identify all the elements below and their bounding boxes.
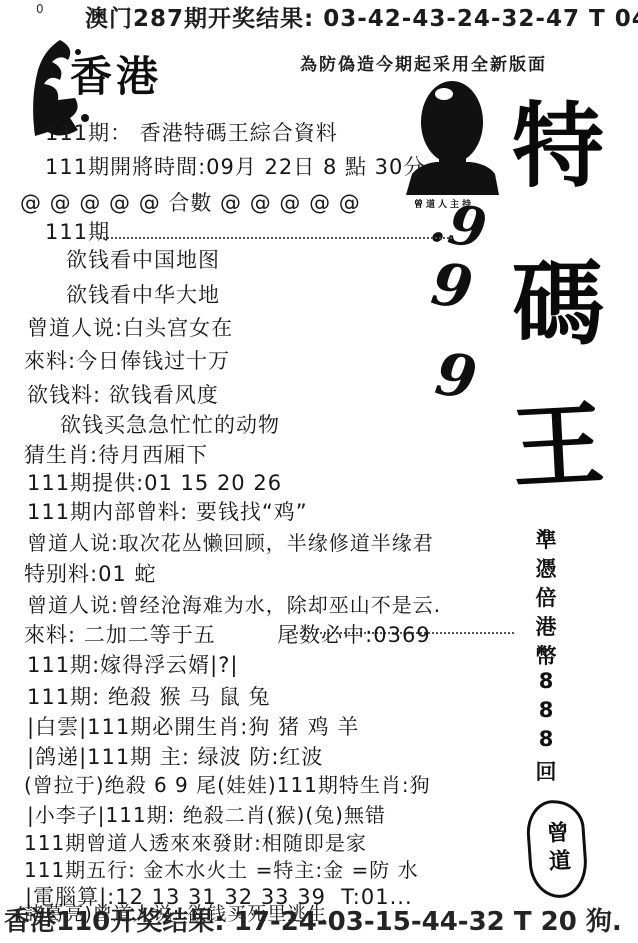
body-line: |小李子|111期: 绝殺二肖(猴)(兔)無错 bbox=[27, 799, 386, 828]
body-line: 111期五行: 金木水火土 =特主:金 =防 水 bbox=[24, 854, 419, 883]
body-line: 來料: 二加二等于五 尾数必中:0369 bbox=[24, 619, 431, 649]
masthead-title-char: 碼 bbox=[508, 258, 608, 350]
body-line: 111期曾道人透來來發財:相随即是家 bbox=[24, 827, 367, 856]
hongkong-result-headline: 香港110开奖结果: 17-24-03-15-44-32 T 20 狗. bbox=[4, 901, 622, 938]
masthead-title-char: 特 bbox=[508, 100, 608, 192]
anti-forgery-slogan: 為防偽造今期起采用全新版面 bbox=[300, 50, 547, 75]
body-line: 猜生肖:待月西厢下 bbox=[24, 439, 208, 469]
body-line: 111期 bbox=[45, 216, 110, 246]
zengdao-seal: 曾道 bbox=[525, 798, 590, 900]
body-line: 曾道人说:白头宫女在 bbox=[27, 312, 233, 342]
side-column-char: 港 bbox=[529, 611, 563, 641]
dotted-divider bbox=[100, 237, 452, 239]
logo-hongkong: 香港 bbox=[70, 44, 162, 104]
body-line: 欲钱料: 欲钱看风度 bbox=[27, 379, 219, 409]
side-column-char: 倍 bbox=[529, 582, 563, 612]
decorative-nine: 9 bbox=[431, 340, 480, 413]
side-column-char: 準 bbox=[529, 524, 563, 554]
side-column-char: 8 bbox=[529, 698, 563, 722]
body-line: 欲钱买急急忙忙的动物 bbox=[60, 409, 280, 439]
body-line: 特别料:01 蛇 bbox=[24, 558, 156, 588]
body-line: 111期開將時間:09月 22日 8 點 30分 bbox=[45, 151, 425, 181]
macau-result-headline: 澳门287期开奖结果: 03-42-43-24-32-47 T 04 虎 bbox=[85, 0, 638, 33]
side-column-char: 憑 bbox=[529, 553, 563, 583]
seal-text: 曾道 bbox=[540, 820, 575, 878]
zengdaoren-portrait bbox=[400, 80, 500, 199]
body-line: 111期: 绝殺 猴 马 鼠 兔 bbox=[27, 681, 271, 711]
body-line: 曾道人说:曾经沧海难为水，除却巫山不是云. bbox=[27, 589, 441, 618]
decorative-nine: 9 bbox=[427, 250, 476, 323]
body-line: (曾拉于)绝殺 6 9 尾(娃娃)111期特生肖:狗 bbox=[24, 769, 431, 798]
side-column-char: 幣 bbox=[529, 640, 563, 670]
body-line: 欲钱看中国地图 bbox=[66, 244, 220, 274]
body-line: |鸽递|111期 主: 绿波 防:红波 bbox=[27, 741, 323, 771]
masthead-title-char: 王 bbox=[506, 397, 611, 494]
body-line: |白雲|111期必開生肖:狗 猪 鸡 羊 bbox=[27, 711, 359, 741]
body-line: 欲钱看中华大地 bbox=[66, 279, 220, 309]
side-column-char: 8 bbox=[529, 669, 563, 693]
body-line: 曾道人说:取次花丛懒回顾，半缘修道半缘君 bbox=[27, 527, 434, 556]
body-line: @ @ @ @ @ 合數 @ @ @ @ @ bbox=[20, 187, 361, 217]
body-line: 來料:今日俸钱过十万 bbox=[24, 345, 230, 375]
body-line: 111期提供:01 15 20 26 bbox=[27, 467, 282, 497]
body-line: 111期内部曾料: 要钱找“鸡” bbox=[27, 496, 308, 526]
corner-mark: 0 bbox=[36, 2, 44, 16]
side-column-char: 8 bbox=[529, 727, 563, 751]
decorative-nine: .9 bbox=[426, 189, 491, 260]
side-column-char: 回 bbox=[529, 756, 563, 786]
tip-sheet-page: 0 澳门287期开奖结果: 03-42-43-24-32-47 T 04 虎 香… bbox=[0, 0, 638, 943]
body-line: 111期： 香港特碼王綜合資料 bbox=[45, 117, 338, 147]
body-line: 111期:嫁得浮云婿|?| bbox=[27, 649, 238, 679]
